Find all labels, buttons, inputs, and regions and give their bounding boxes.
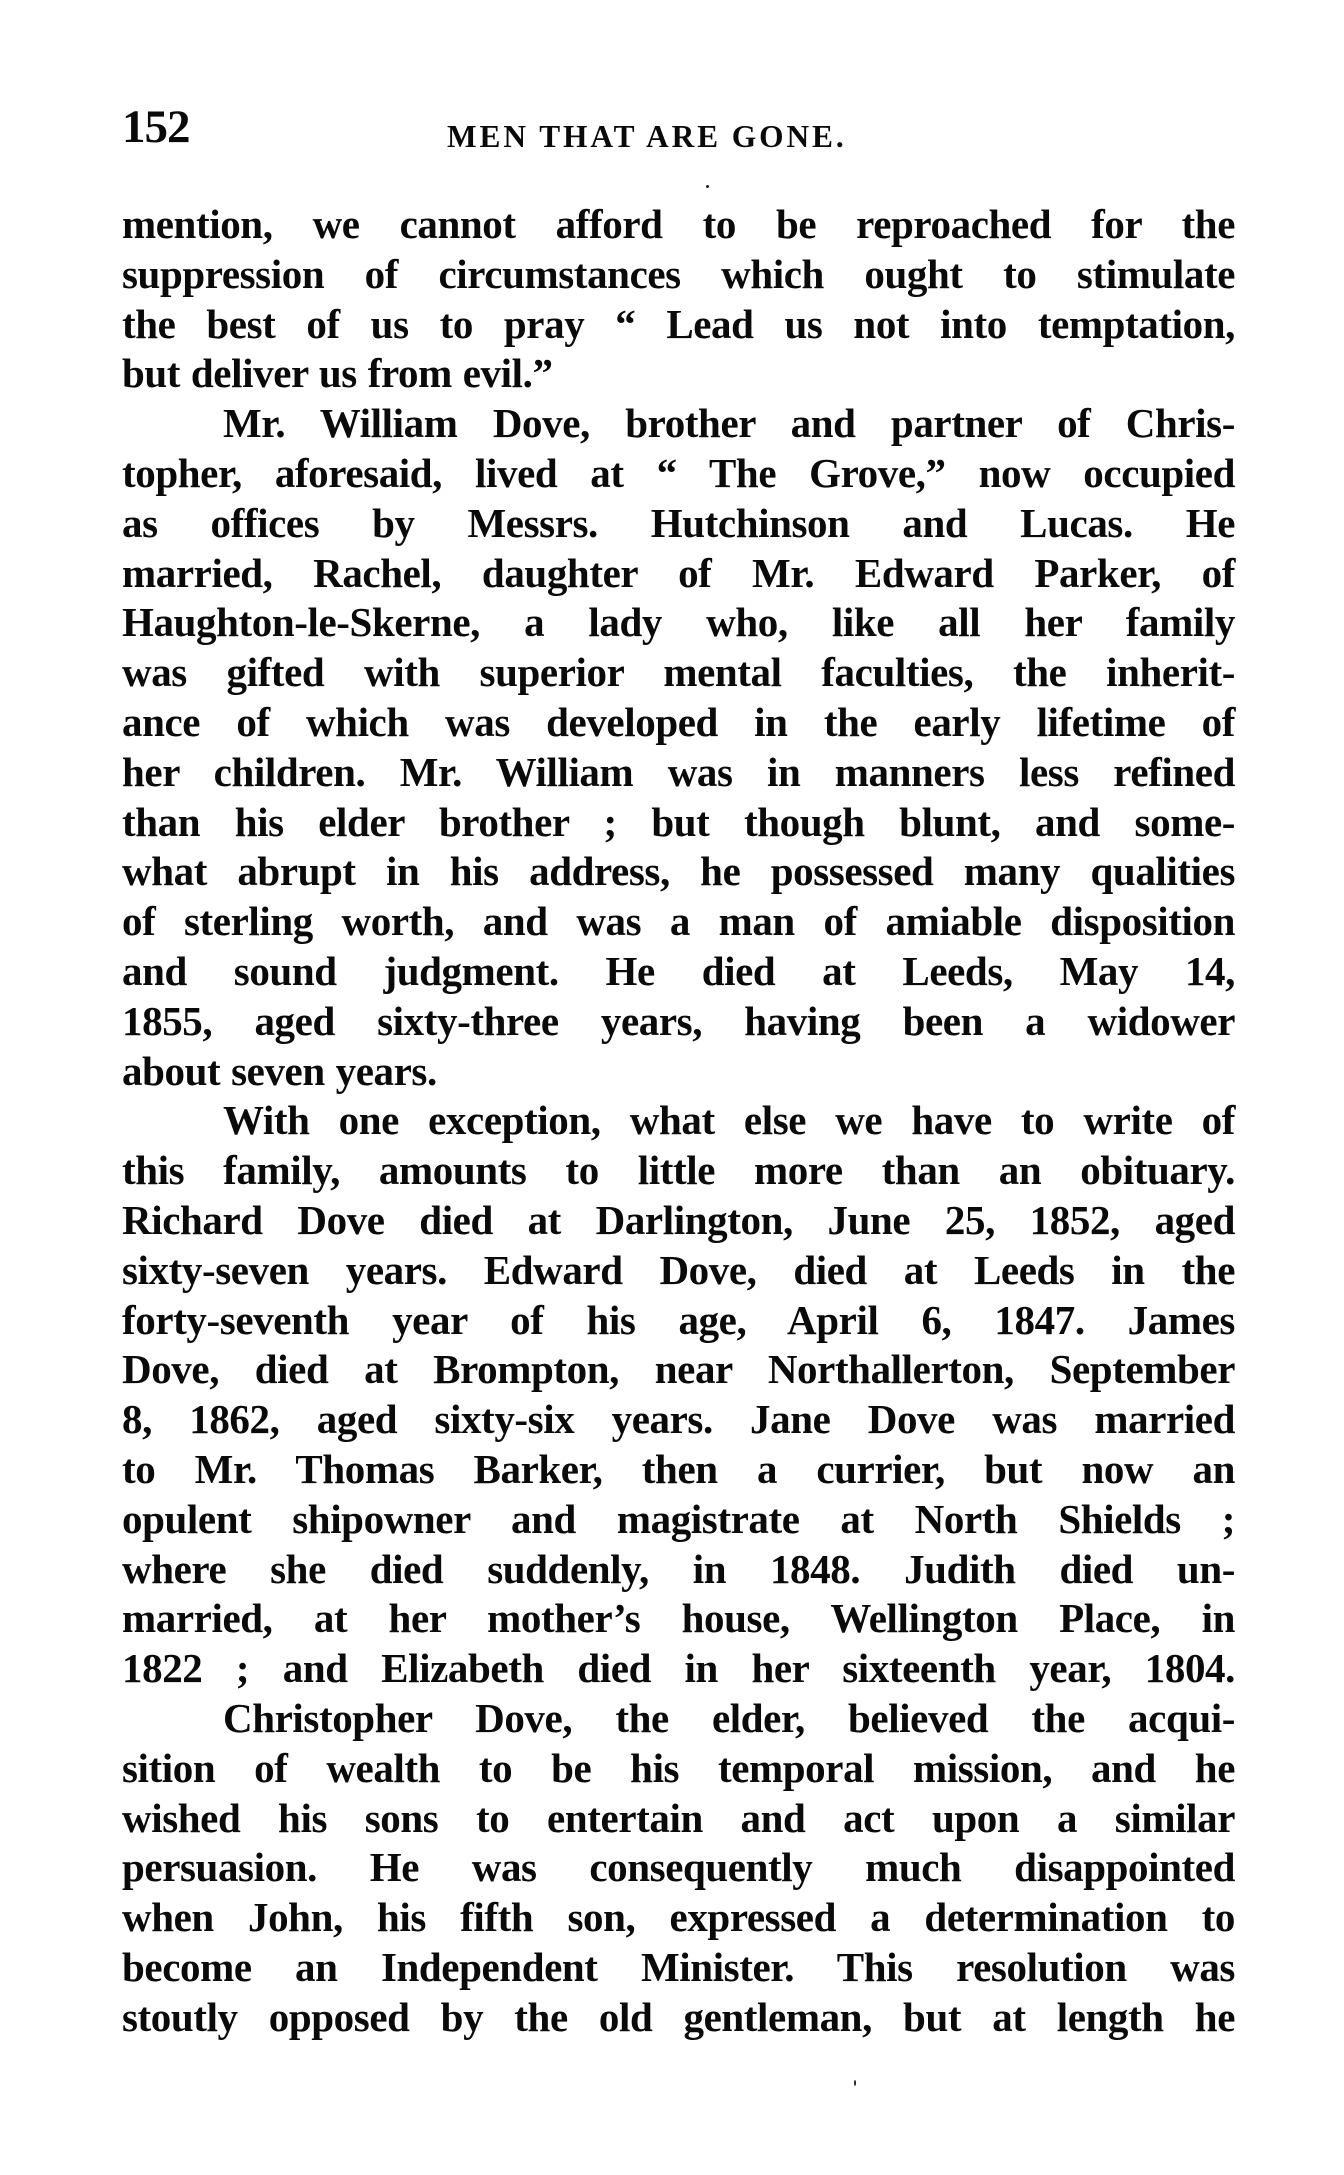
text-line: this family, amounts to little more than… [122,1146,1235,1196]
text-line: persuasion. He was consequently much dis… [122,1843,1235,1893]
text-line: opulent shipowner and magistrate at Nort… [122,1495,1235,1545]
text-line: what abrupt in his address, he possessed… [122,847,1235,897]
text-line: topher, aforesaid, lived at “ The Grove,… [122,449,1235,499]
text-line: 8, 1862, aged sixty-six years. Jane Dove… [122,1395,1235,1445]
text-line: married, Rachel, daughter of Mr. Edward … [122,549,1235,599]
text-line: Richard Dove died at Darlington, June 25… [122,1196,1235,1246]
text-line: to Mr. Thomas Barker, then a currier, bu… [122,1445,1235,1495]
paragraph-start-line: With one exception, what else we have to… [122,1096,1235,1146]
paragraph-end-line: about seven years. [122,1047,1235,1097]
text-line: where she died suddenly, in 1848. Judith… [122,1545,1235,1595]
paragraph-end-line: but deliver us from evil.” [122,349,1235,399]
page-number: 152 [122,102,190,152]
paragraph-start-line: Mr. William Dove, brother and partner of… [122,399,1235,449]
text-line: ance of which was developed in the early… [122,698,1235,748]
text-line: become an Independent Minister. This res… [122,1943,1235,1993]
running-title: MEN THAT ARE GONE. [447,116,847,156]
text-line: as offices by Messrs. Hutchinson and Luc… [122,499,1235,549]
scan-speck [706,185,709,188]
text-line: of sterling worth, and was a man of amia… [122,897,1235,947]
text-line: Haughton-le-Skerne, a lady who, like all… [122,598,1235,648]
body-text: mention, we cannot afford to be reproach… [122,200,1235,2042]
text-line: was gifted with superior mental facultie… [122,648,1235,698]
text-line: than his elder brother ; but though blun… [122,798,1235,848]
text-line: sition of wealth to be his temporal miss… [122,1744,1235,1794]
text-line: her children. Mr. William was in manners… [122,748,1235,798]
text-line: and sound judgment. He died at Leeds, Ma… [122,947,1235,997]
text-line: sixty-seven years. Edward Dove, died at … [122,1246,1235,1296]
book-page: 152 MEN THAT ARE GONE. mention, we canno… [0,0,1344,2175]
text-line: the best of us to pray “ Lead us not int… [122,300,1235,350]
paragraph-end-line: 1822 ; and Elizabeth died in her sixteen… [122,1644,1235,1694]
paragraph-start-line: Christopher Dove, the elder, believed th… [122,1694,1235,1744]
text-line: mention, we cannot afford to be reproach… [122,200,1235,250]
text-line: forty-seventh year of his age, April 6, … [122,1296,1235,1346]
text-line: suppression of circumstances which ought… [122,250,1235,300]
scan-speck [854,2080,856,2086]
text-line: 1855, aged sixty-three years, having bee… [122,997,1235,1047]
running-head: 152 MEN THAT ARE GONE. [122,96,1235,156]
text-line: Dove, died at Brompton, near Northallert… [122,1345,1235,1395]
text-line: married, at her mother’s house, Wellingt… [122,1594,1235,1644]
text-line: when John, his fifth son, expressed a de… [122,1893,1235,1943]
text-line: wished his sons to entertain and act upo… [122,1794,1235,1844]
text-line: stoutly opposed by the old gentleman, bu… [122,1993,1235,2043]
